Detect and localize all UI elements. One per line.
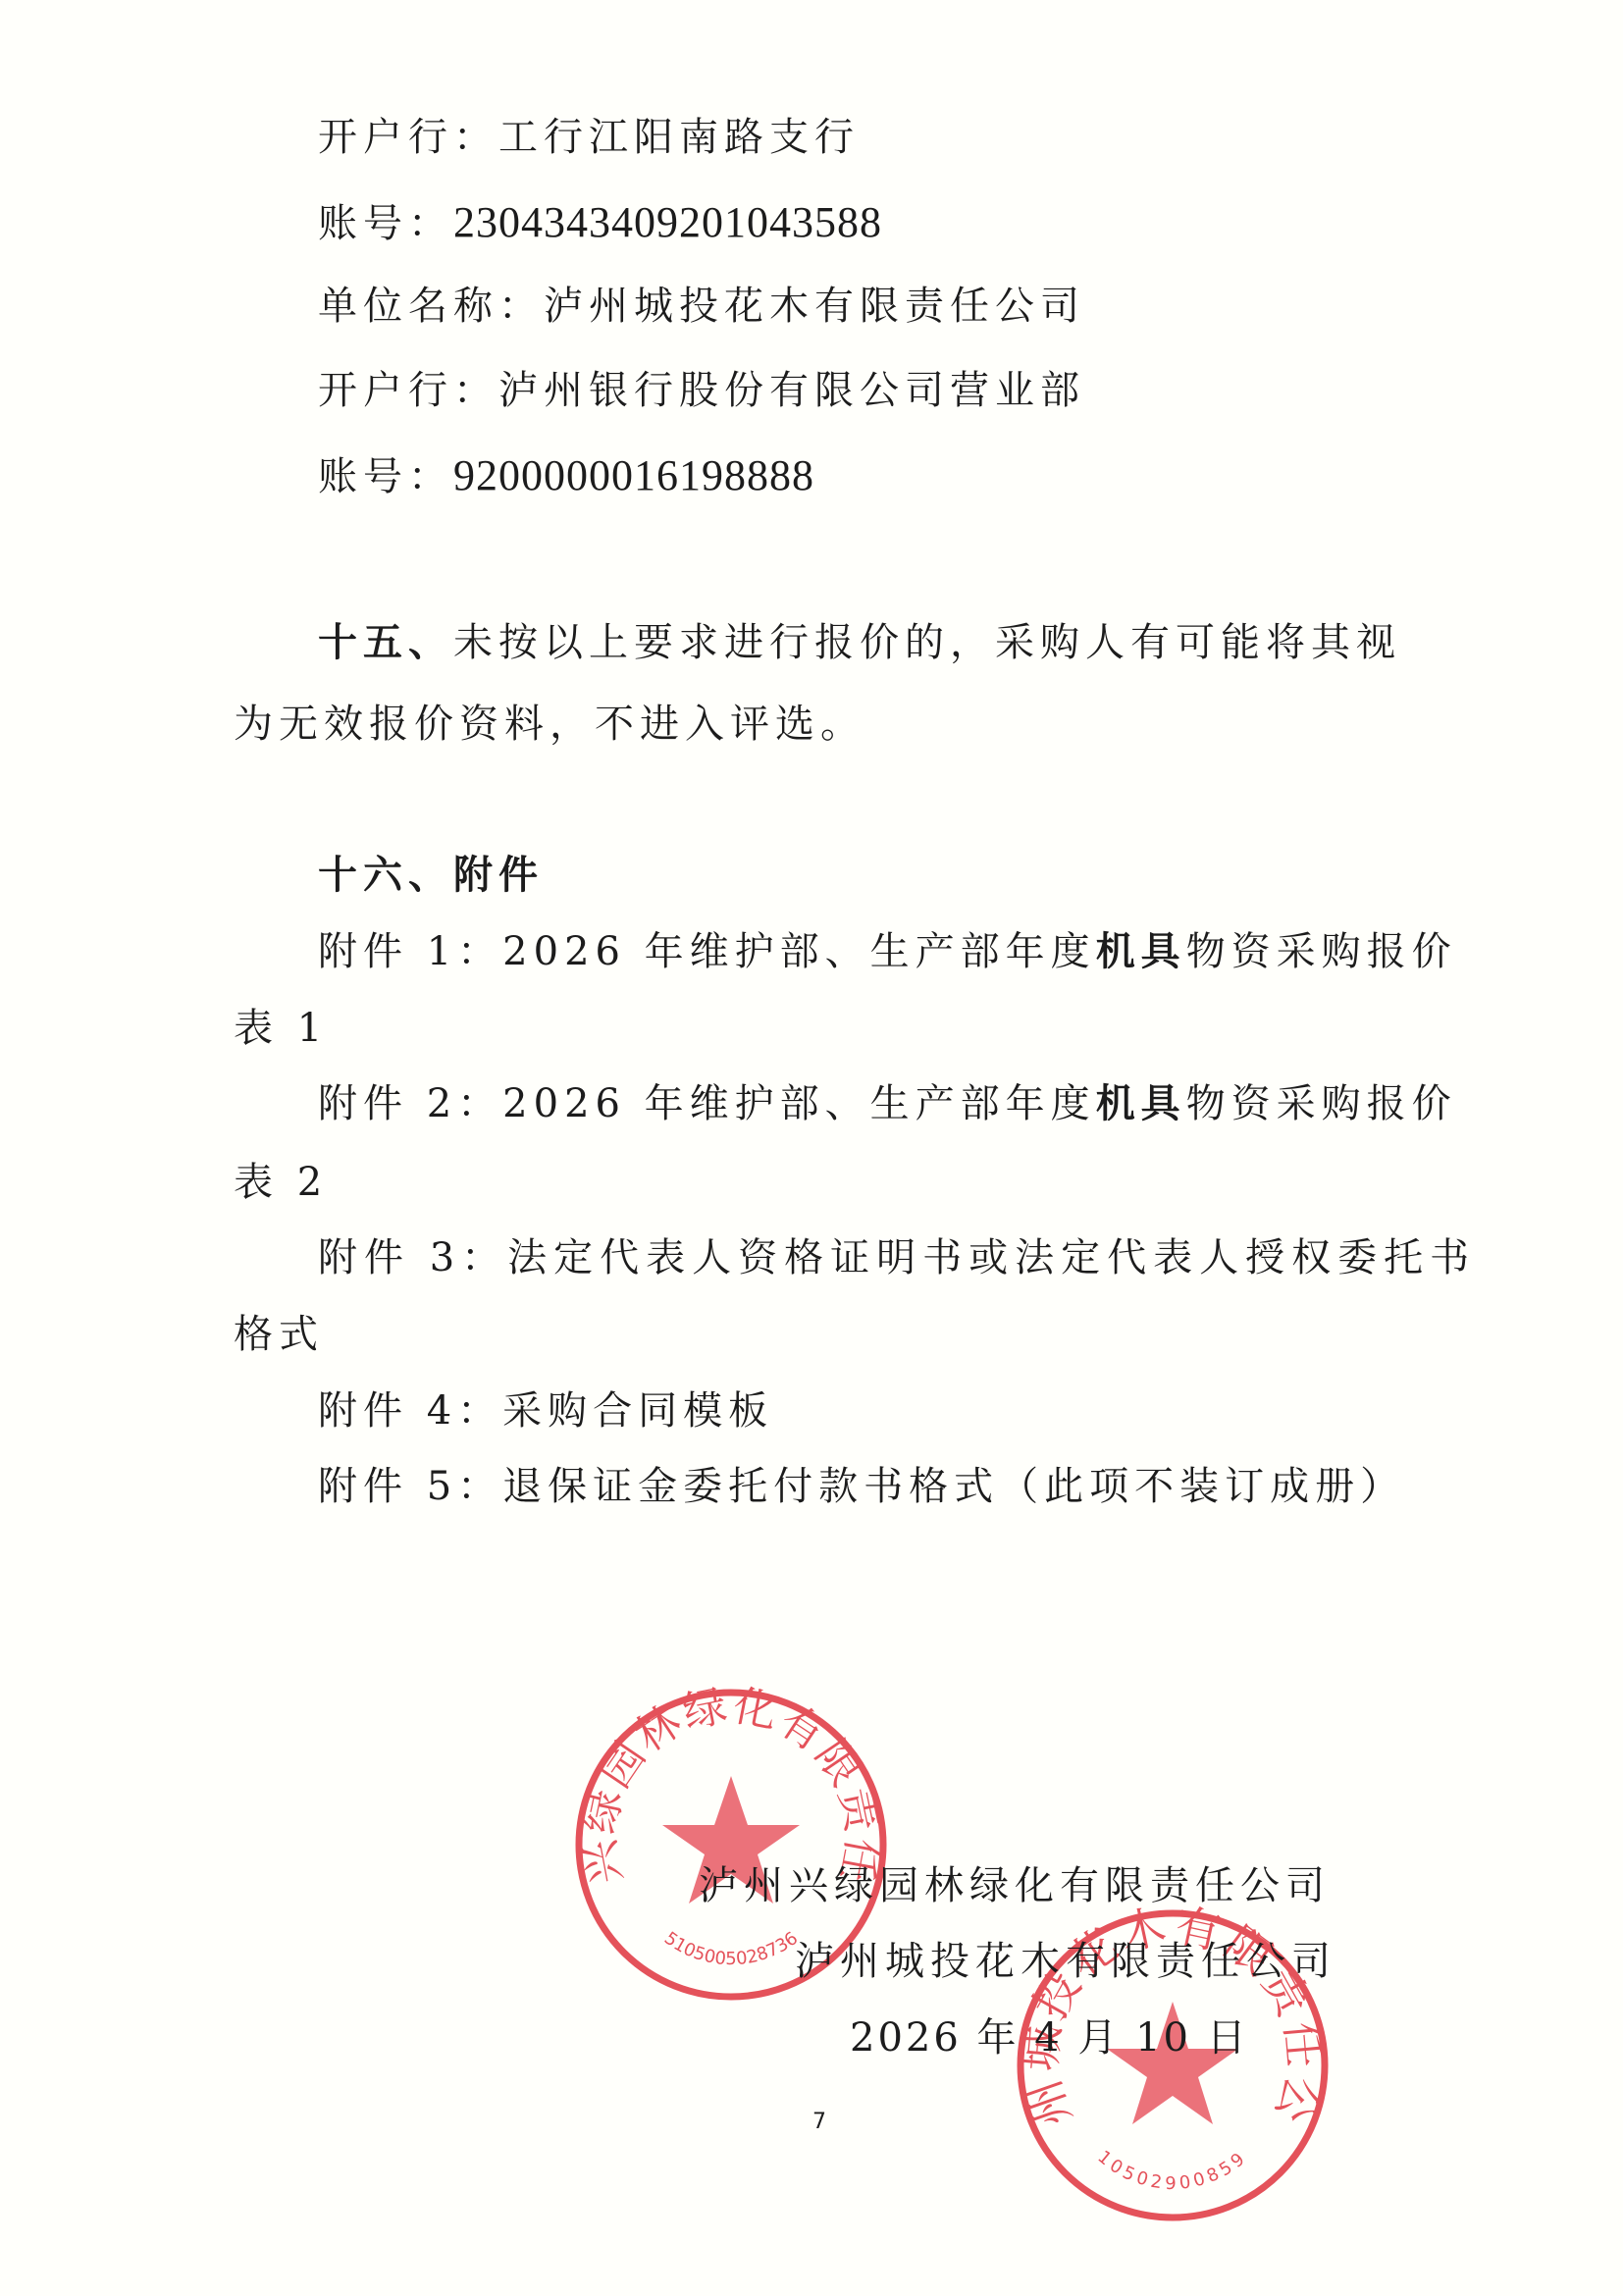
- account-line-1: 账号：2304343409201043588: [318, 201, 882, 244]
- attachment-1-wrap: 表 1: [234, 1009, 328, 1048]
- account-number: 2304343409201043588: [453, 198, 882, 246]
- attachment-text: 2026 年维护部、生产部年度: [502, 1081, 1096, 1126]
- company-value: 泸州城投花木有限责任公司: [544, 284, 1085, 329]
- attachment-prefix: 附件 3：: [318, 1235, 507, 1280]
- attachment-3: 附件 3：法定代表人资格证明书或法定代表人授权委托书: [318, 1238, 1476, 1278]
- attachment-prefix: 附件 5：: [318, 1464, 502, 1509]
- attachment-text: 2026 年维护部、生产部年度: [502, 929, 1096, 974]
- attachment-text: 物资采购报价: [1186, 1081, 1457, 1126]
- section-15-text: 未按以上要求进行报价的，采购人有可能将其视: [453, 620, 1401, 665]
- attachment-text: 退保证金委托付款书格式（此项不装订成册）: [502, 1464, 1405, 1509]
- attachment-2-wrap: 表 2: [234, 1163, 328, 1202]
- attachment-5: 附件 5：退保证金委托付款书格式（此项不装订成册）: [318, 1467, 1405, 1506]
- bank-line-2: 开户行：泸州银行股份有限公司营业部: [318, 371, 1085, 410]
- section-15-text-cont: 为无效报价资料，不进入评选。: [234, 702, 865, 747]
- attachment-prefix: 附件 4：: [318, 1388, 502, 1434]
- document-page: 开户行：工行江阳南路支行 账号：2304343409201043588 单位名称…: [0, 0, 1623, 2296]
- attachment-2: 附件 2：2026 年维护部、生产部年度机具物资采购报价: [318, 1084, 1457, 1123]
- attachment-text: 法定代表人资格证明书或法定代表人授权委托书: [507, 1235, 1476, 1280]
- account-line-2: 账号：9200000016198888: [318, 454, 814, 497]
- bank-value: 泸州银行股份有限公司营业部: [498, 368, 1085, 413]
- company-label: 单位名称：: [318, 284, 544, 329]
- account-label: 账号：: [318, 201, 453, 246]
- attachment-bold: 机具: [1096, 1081, 1186, 1126]
- bank-value: 工行江阳南路支行: [498, 115, 860, 160]
- attachment-bold: 机具: [1096, 929, 1186, 974]
- bank-label: 开户行：: [318, 368, 498, 413]
- attachment-prefix: 附件 2：: [318, 1081, 502, 1126]
- section-15-heading: 十五、: [318, 620, 453, 665]
- company-name-line: 单位名称：泸州城投花木有限责任公司: [318, 287, 1085, 326]
- page-number: 7: [812, 2110, 826, 2134]
- svg-text:5105005028736: 5105005028736: [660, 1928, 802, 1969]
- bank-label: 开户行：: [318, 115, 498, 160]
- attachment-1: 附件 1：2026 年维护部、生产部年度机具物资采购报价: [318, 932, 1457, 971]
- account-number: 9200000016198888: [453, 451, 814, 499]
- attachment-text: 采购合同模板: [502, 1388, 773, 1434]
- signatory-company-2: 泸州城投花木有限责任公司: [795, 1930, 1336, 1986]
- attachment-text: 物资采购报价: [1186, 929, 1457, 974]
- bank-line-1: 开户行：工行江阳南路支行: [318, 118, 860, 157]
- section-16-heading: 十六、附件: [318, 856, 544, 895]
- account-label: 账号：: [318, 454, 453, 499]
- signatory-company-1: 泸州兴绿园林绿化有限责任公司: [699, 1854, 1331, 1910]
- attachment-3-wrap: 格式: [234, 1315, 324, 1354]
- signature-date: 2026 年 4 月 10 日: [850, 2007, 1249, 2062]
- section-15-line-1: 十五、未按以上要求进行报价的，采购人有可能将其视: [318, 623, 1401, 662]
- attachment-prefix: 附件 1：: [318, 929, 502, 974]
- attachment-4: 附件 4：采购合同模板: [318, 1391, 773, 1431]
- section-15-line-2: 为无效报价资料，不进入评选。: [234, 704, 865, 744]
